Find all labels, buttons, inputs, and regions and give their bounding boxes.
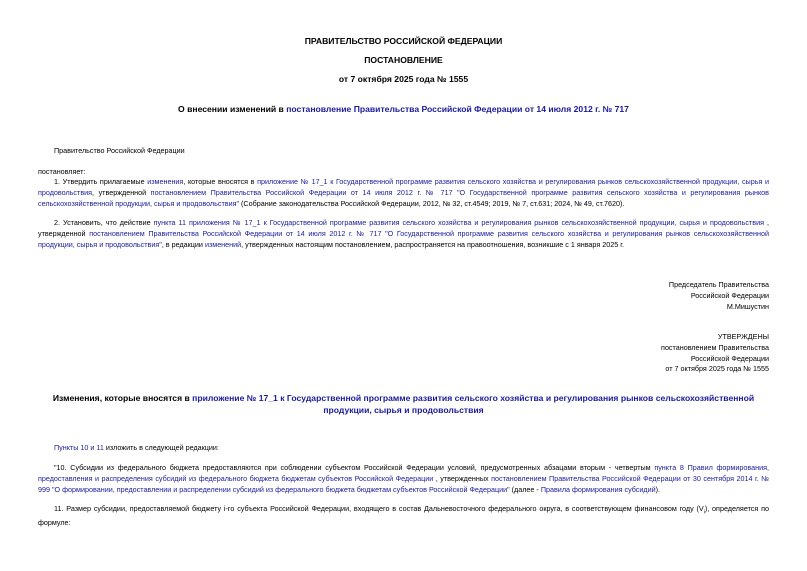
paragraph-1: 1. Утвердить прилагаемые изменения, кото… bbox=[38, 177, 769, 209]
approval-stamp: УТВЕРЖДЕНЫ постановлением Правительства … bbox=[38, 332, 769, 375]
annex-intro-text: изложить в следующей редакции: bbox=[104, 443, 219, 452]
p2-text-4: , утвержденных настоящим постановлением,… bbox=[241, 240, 624, 249]
p1-text-4: (Собрание законодательства Российской Фе… bbox=[239, 199, 624, 208]
annex-title-prefix: Изменения, которые вносятся в bbox=[53, 393, 192, 403]
approval-line-3: Российской Федерации bbox=[38, 354, 769, 365]
paragraph-2: 2. Установить, что действие пункта 11 пр… bbox=[38, 218, 769, 250]
signature-org: Российской Федерации bbox=[38, 291, 769, 302]
i11-text-1: 11. Размер субсидии, предоставляемой бюд… bbox=[54, 504, 699, 513]
doc-date-number: от 7 октября 2025 года № 1555 bbox=[38, 74, 769, 85]
doc-type-heading: ПОСТАНОВЛЕНИЕ bbox=[38, 55, 769, 66]
approval-line-1: УТВЕРЖДЕНЫ bbox=[38, 332, 769, 343]
authority-heading: ПРАВИТЕЛЬСТВО РОССИЙСКОЙ ФЕДЕРАЦИИ bbox=[38, 36, 769, 47]
p2-text-3: , в редакции bbox=[162, 240, 205, 249]
items-10-11-link[interactable]: Пункты 10 и 11 bbox=[54, 443, 104, 452]
preamble-subject: Правительство Российской Федерации bbox=[38, 146, 769, 157]
p1-text-1: 1. Утвердить прилагаемые bbox=[54, 177, 147, 186]
item-11-annex-link[interactable]: пункта 11 приложения № 17_1 к Государств… bbox=[154, 218, 764, 227]
amended-resolution-link[interactable]: постановление Правительства Российской Ф… bbox=[286, 104, 629, 114]
signature-block: Председатель Правительства Российской Фе… bbox=[38, 280, 769, 312]
annex-intro: Пункты 10 и 11 изложить в следующей реда… bbox=[38, 443, 769, 454]
signature-name: М.Мишустин bbox=[38, 302, 769, 313]
item-10: "10. Субсидии из федерального бюджета пр… bbox=[38, 463, 769, 495]
p1-text-2: , которые вносятся в bbox=[183, 177, 257, 186]
subsidy-rules-link[interactable]: Правила формирования субсидий bbox=[541, 485, 656, 494]
i10-text-1: "10. Субсидии из федерального бюджета пр… bbox=[54, 463, 654, 472]
changes-link-2[interactable]: изменений bbox=[205, 240, 241, 249]
p1-text-3: , утвержденной bbox=[92, 188, 151, 197]
annex-title-link[interactable]: приложение № 17_1 к Государственной прог… bbox=[192, 393, 754, 415]
signature-position: Председатель Правительства bbox=[38, 280, 769, 291]
approval-line-4: от 7 октября 2025 года № 1555 bbox=[38, 364, 769, 375]
doc-title: О внесении изменений в постановление Пра… bbox=[38, 104, 769, 115]
approval-line-2: постановлением Правительства bbox=[38, 343, 769, 354]
doc-title-prefix: О внесении изменений в bbox=[178, 104, 286, 114]
item-11: 11. Размер субсидии, предоставляемой бюд… bbox=[38, 504, 769, 529]
p2-text-1: 2. Установить, что действие bbox=[54, 218, 154, 227]
i10-text-2: , утвержденных bbox=[433, 474, 491, 483]
i10-text-4: ). bbox=[656, 485, 660, 494]
i10-text-3: (далее - bbox=[510, 485, 541, 494]
annex-title: Изменения, которые вносятся в приложение… bbox=[38, 392, 769, 416]
changes-link[interactable]: изменения bbox=[147, 177, 183, 186]
